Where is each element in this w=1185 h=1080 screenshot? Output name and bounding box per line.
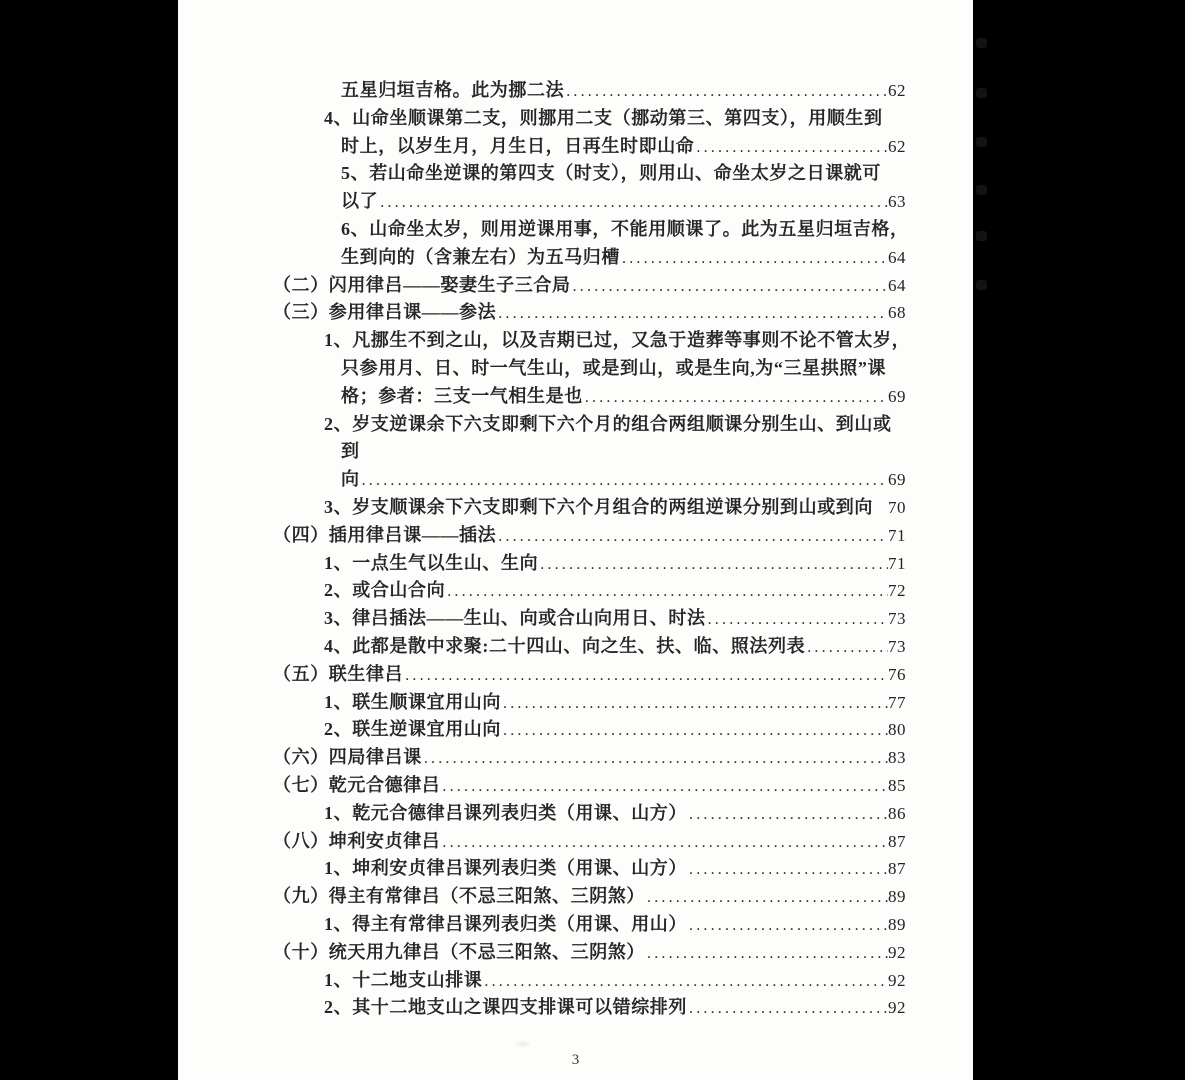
toc-entry-text: 向 xyxy=(341,465,360,491)
dot-leader: ........................................… xyxy=(687,1000,888,1018)
toc-line: （三）参用律吕课——参法............................… xyxy=(178,298,973,326)
toc-entry-text: （七）乾元合德律吕 xyxy=(273,771,440,797)
toc-line: 6、山命坐太岁，则用逆课用事，不能用顺课了。此为五星归垣吉格， xyxy=(178,215,973,243)
toc-line: 向.......................................… xyxy=(178,465,973,493)
toc-line: （五）联生律吕.................................… xyxy=(178,660,973,688)
dot-leader: ........................................… xyxy=(706,611,888,629)
toc-entry-text: 1、联生顺课宜用山向 xyxy=(324,688,501,714)
toc-line: 1、十二地支山排课...............................… xyxy=(178,966,973,994)
scan-artifact xyxy=(976,137,987,147)
dot-leader: ........................................… xyxy=(496,528,888,546)
table-of-contents: 五星归垣吉格。此为挪二法............................… xyxy=(178,76,973,1021)
toc-line: 到 xyxy=(178,437,973,465)
toc-entry-text: 2、或合山合向 xyxy=(324,576,445,602)
toc-line: 2、或合山合向.................................… xyxy=(178,576,973,604)
dot-leader: ........................................… xyxy=(564,83,888,101)
toc-line: 格；参者：三支一气相生是也...........................… xyxy=(178,382,973,410)
dot-leader: ........................................… xyxy=(687,806,888,824)
toc-page-number: 71 xyxy=(888,554,906,574)
toc-entry-text: （四）插用律吕课——插法 xyxy=(273,521,496,547)
toc-entry-text: 5、若山命坐逆课的第四支（时支），则用山、命坐太岁之日课就可 xyxy=(341,159,881,185)
dot-leader: ........................................… xyxy=(482,973,888,991)
dot-leader: ........................................… xyxy=(501,695,888,713)
toc-line: （九）得主有常律吕（不忌三阳煞、三阴煞）....................… xyxy=(178,882,973,910)
toc-page-number: 64 xyxy=(888,276,906,296)
scan-artifact xyxy=(976,38,987,48)
toc-line: 五星归垣吉格。此为挪二法............................… xyxy=(178,76,973,104)
toc-page-number: 92 xyxy=(888,943,906,963)
toc-line: 2、岁支逆课余下六支即剩下六个月的组合两组顺课分别生山、到山或 xyxy=(178,410,973,438)
toc-page-number: 85 xyxy=(888,776,906,796)
dot-leader: ........................................… xyxy=(805,639,888,657)
toc-entry-text: 1、十二地支山排课 xyxy=(324,966,482,992)
toc-line: 只参用月、日、时一气生山，或是到山，或是生向,为“三星拱照”课 xyxy=(178,354,973,382)
toc-entry-text: 1、凡挪生不到之山，以及吉期已过，又急于造葬等事则不论不管太岁， xyxy=(324,326,910,352)
toc-page-number: 89 xyxy=(888,915,906,935)
toc-line: 1、得主有常律吕课列表归类（用课、用山）....................… xyxy=(178,910,973,938)
toc-page-number: 70 xyxy=(888,498,906,518)
dot-leader: ........................................… xyxy=(440,834,888,852)
toc-entry-text: 2、岁支逆课余下六支即剩下六个月的组合两组顺课分别生山、到山或 xyxy=(324,410,892,436)
toc-line: 2、其十二地支山之课四支排课可以错综排列....................… xyxy=(178,993,973,1021)
toc-page-number: 64 xyxy=(888,248,906,268)
toc-page-number: 69 xyxy=(888,470,906,490)
scanned-document-page: 五星归垣吉格。此为挪二法............................… xyxy=(0,0,1185,1080)
toc-line: 2、联生逆课宜用山向..............................… xyxy=(178,715,973,743)
toc-entry-text: 6、山命坐太岁，则用逆课用事，不能用顺课了。此为五星归垣吉格， xyxy=(341,215,909,241)
toc-line: （六）四局律吕课................................… xyxy=(178,743,973,771)
toc-page-number: 72 xyxy=(888,581,906,601)
dot-leader: ........................................… xyxy=(403,667,888,685)
toc-line: 时上，以岁生月，月生日，日再生时即山命.....................… xyxy=(178,132,973,160)
dot-leader: ........................................… xyxy=(694,139,888,157)
toc-entry-text: （十）统天用九律吕（不忌三阳煞、三阴煞） xyxy=(273,938,645,964)
toc-line: 3、律吕插法——生山、向或合山向用日、时法...................… xyxy=(178,604,973,632)
dot-leader: ........................................… xyxy=(501,722,888,740)
toc-line: 1、乾元合德律吕课列表归类（用课、山方）....................… xyxy=(178,799,973,827)
toc-line: 3、岁支顺课余下六支即剩下六个月组合的两组逆课分别到山或到向70 xyxy=(178,493,973,521)
toc-page-number: 62 xyxy=(888,81,906,101)
toc-line: （四）插用律吕课——插法............................… xyxy=(178,521,973,549)
dot-leader: ........................................… xyxy=(445,583,888,601)
scan-artifact xyxy=(976,185,987,195)
toc-line: （二）闪用律吕——娶妻生子三合局........................… xyxy=(178,271,973,299)
toc-entry-text: （五）联生律吕 xyxy=(273,660,403,686)
toc-line: 1、一点生气以生山、生向............................… xyxy=(178,549,973,577)
toc-entry-text: 4、山命坐顺课第二支，则挪用二支（挪动第三、第四支），用顺生到 xyxy=(324,104,883,130)
toc-line: 5、若山命坐逆课的第四支（时支），则用山、命坐太岁之日课就可 xyxy=(178,159,973,187)
toc-entry-text: （六）四局律吕课 xyxy=(273,743,422,769)
toc-page-number: 63 xyxy=(888,192,906,212)
dot-leader: ........................................… xyxy=(645,945,888,963)
toc-line: 1、联生顺课宜用山向..............................… xyxy=(178,688,973,716)
toc-entry-text: 2、其十二地支山之课四支排课可以错综排列 xyxy=(324,993,687,1019)
toc-entry-text: 1、坤利安贞律吕课列表归类（用课、山方） xyxy=(324,854,687,880)
toc-page-number: 92 xyxy=(888,998,906,1018)
toc-entry-text: 以了 xyxy=(341,187,378,213)
toc-entry-text: （九）得主有常律吕（不忌三阳煞、三阴煞） xyxy=(273,882,645,908)
toc-page-number: 92 xyxy=(888,971,906,991)
toc-line: （八）坤利安贞律吕...............................… xyxy=(178,827,973,855)
toc-entry-text: 生到向的（含兼左右）为五马归槽 xyxy=(341,243,620,269)
toc-page-number: 71 xyxy=(888,526,906,546)
toc-entry-text: 3、岁支顺课余下六支即剩下六个月组合的两组逆课分别到山或到向 xyxy=(324,493,873,519)
dot-leader: ........................................… xyxy=(378,194,888,212)
toc-line: 1、坤利安贞律吕课列表归类（用课、山方）....................… xyxy=(178,854,973,882)
folio-page-number: 3 xyxy=(178,1052,973,1069)
toc-line: 4、山命坐顺课第二支，则挪用二支（挪动第三、第四支），用顺生到 xyxy=(178,104,973,132)
scan-artifact xyxy=(976,280,987,290)
dot-leader: ........................................… xyxy=(496,305,888,323)
toc-page-number: 73 xyxy=(888,637,906,657)
toc-line: 4、此都是散中求聚:二十四山、向之生、扶、临、照法列表.............… xyxy=(178,632,973,660)
toc-line: 1、凡挪生不到之山，以及吉期已过，又急于造葬等事则不论不管太岁， xyxy=(178,326,973,354)
scan-artifact xyxy=(976,231,987,241)
dot-leader: ........................................… xyxy=(645,889,888,907)
dot-leader: ........................................… xyxy=(620,250,888,268)
dot-leader: ........................................… xyxy=(687,861,888,879)
scanner-background-left xyxy=(0,0,178,1080)
toc-entry-text: 3、律吕插法——生山、向或合山向用日、时法 xyxy=(324,604,706,630)
toc-page-number: 89 xyxy=(888,887,906,907)
toc-page-number: 68 xyxy=(888,303,906,323)
toc-entry-text: 到 xyxy=(341,437,360,463)
toc-entry-text: 1、一点生气以生山、生向 xyxy=(324,549,538,575)
toc-entry-text: 1、得主有常律吕课列表归类（用课、用山） xyxy=(324,910,687,936)
dot-leader: ........................................… xyxy=(422,750,888,768)
toc-page-number: 87 xyxy=(888,832,906,852)
toc-entry-text: 只参用月、日、时一气生山，或是到山，或是生向,为“三星拱照”课 xyxy=(341,354,886,380)
scanner-background-right xyxy=(973,0,1185,1080)
scan-smudge xyxy=(514,1040,532,1048)
toc-entry-text: （八）坤利安贞律吕 xyxy=(273,827,440,853)
dot-leader: ........................................… xyxy=(687,917,888,935)
toc-entry-text: 格；参者：三支一气相生是也 xyxy=(341,382,583,408)
toc-line: （七）乾元合德律吕...............................… xyxy=(178,771,973,799)
dot-leader: ........................................… xyxy=(538,556,888,574)
toc-entry-text: 时上，以岁生月，月生日，日再生时即山命 xyxy=(341,132,694,158)
toc-line: 以了......................................… xyxy=(178,187,973,215)
toc-page-number: 73 xyxy=(888,609,906,629)
toc-page-number: 87 xyxy=(888,859,906,879)
toc-page-number: 69 xyxy=(888,387,906,407)
dot-leader: ........................................… xyxy=(440,778,888,796)
toc-entry-text: （三）参用律吕课——参法 xyxy=(273,298,496,324)
toc-entry-text: 2、联生逆课宜用山向 xyxy=(324,715,501,741)
dot-leader: ........................................… xyxy=(571,278,888,296)
toc-page-number: 83 xyxy=(888,748,906,768)
toc-entry-text: 五星归垣吉格。此为挪二法 xyxy=(341,76,564,102)
toc-entry-text: 1、乾元合德律吕课列表归类（用课、山方） xyxy=(324,799,687,825)
toc-page-number: 77 xyxy=(888,693,906,713)
toc-page-number: 76 xyxy=(888,665,906,685)
toc-line: （十）统天用九律吕（不忌三阳煞、三阴煞）....................… xyxy=(178,938,973,966)
toc-page-number: 62 xyxy=(888,137,906,157)
toc-entry-text: （二）闪用律吕——娶妻生子三合局 xyxy=(273,271,571,297)
toc-page-number: 80 xyxy=(888,720,906,740)
dot-leader: ........................................… xyxy=(583,389,888,407)
book-page: 五星归垣吉格。此为挪二法............................… xyxy=(178,0,973,1080)
toc-line: 生到向的（含兼左右）为五马归槽.........................… xyxy=(178,243,973,271)
scan-artifact xyxy=(976,88,987,98)
toc-entry-text: 4、此都是散中求聚:二十四山、向之生、扶、临、照法列表 xyxy=(324,632,805,658)
dot-leader: ........................................… xyxy=(360,472,888,490)
toc-page-number: 86 xyxy=(888,804,906,824)
